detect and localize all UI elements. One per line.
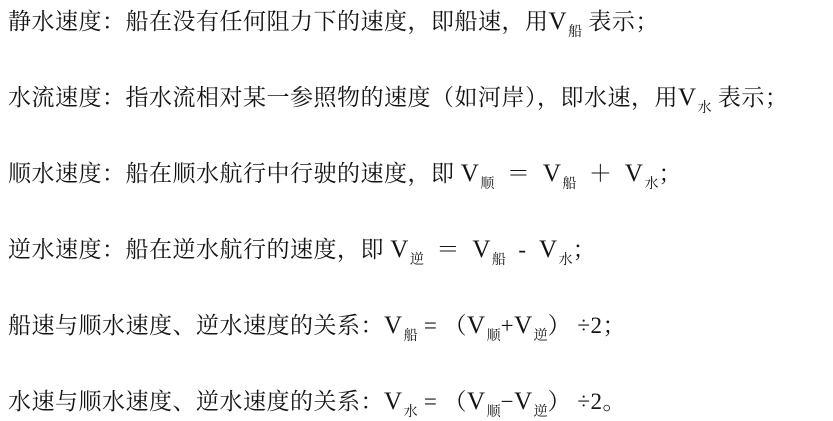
v-letter: V (384, 388, 403, 415)
v-subscript: 船 (404, 329, 418, 344)
velocity-symbol: V顺 (467, 313, 501, 343)
line-water-speed-relation: 水速与顺水速度、逆水速度的关系：V水 = （V顺−V逆） ÷2。 (8, 389, 829, 419)
v-letter: V (514, 388, 533, 415)
text-segment: 逆水速度：船在逆水航行的速度，即 (8, 237, 390, 262)
v-subscript: 水 (404, 405, 418, 420)
v-subscript: 顺 (487, 329, 501, 344)
velocity-symbol: V逆 (390, 237, 424, 267)
v-subscript: 顺 (487, 405, 501, 420)
text-segment: 顺水速度：船在顺水航行中行驶的速度，即 (8, 161, 461, 186)
text-segment: 静水速度：船在没有任何阻力下的速度，即船速，用 (8, 9, 549, 34)
velocity-symbol: V逆 (514, 313, 548, 343)
v-subscript: 船 (492, 253, 506, 268)
v-subscript: 逆 (534, 405, 548, 420)
v-subscript: 顺 (480, 177, 494, 192)
v-subscript: 逆 (410, 253, 424, 268)
v-letter: V (543, 160, 562, 187)
v-letter: V (625, 160, 644, 187)
text-segment: 水流速度：指水流相对某一参照物的速度（如河岸），即水速，用 (8, 85, 678, 110)
v-subscript: 水 (559, 253, 573, 268)
velocity-symbol: V水 (384, 389, 418, 419)
line-boat-speed-relation: 船速与顺水速度、逆水速度的关系：V船 = （V顺+V逆） ÷2； (8, 313, 829, 343)
velocity-symbol: V水 (625, 161, 659, 191)
v-letter: V (539, 236, 558, 263)
velocity-symbol: V顺 (461, 161, 495, 191)
velocity-symbol: V船 (384, 313, 418, 343)
text-segment: ） ÷2。 (548, 389, 626, 414)
text-segment: 表示； (582, 9, 659, 34)
v-letter: V (467, 388, 486, 415)
velocity-symbol: V水 (678, 85, 712, 115)
text-segment: − (501, 389, 514, 414)
line-upstream-speed: 逆水速度：船在逆水航行的速度，即 V逆 ＝ V船 - V水； (8, 237, 829, 267)
velocity-symbol: V船 (549, 9, 583, 39)
velocity-symbol: V顺 (467, 389, 501, 419)
text-segment: = （ (418, 389, 467, 414)
text-segment: 水速与顺水速度、逆水速度的关系： (8, 389, 384, 414)
text-segment: 表示； (712, 85, 789, 110)
v-subscript: 逆 (534, 329, 548, 344)
v-letter: V (549, 8, 568, 35)
text-segment: ） ÷2； (548, 313, 626, 338)
text-segment: ； (658, 161, 682, 186)
line-still-water-speed: 静水速度：船在没有任何阻力下的速度，即船速，用V船 表示； (8, 9, 829, 39)
v-letter: V (472, 236, 491, 263)
v-letter: V (467, 312, 486, 339)
v-subscript: 船 (568, 25, 582, 40)
velocity-symbol: V逆 (514, 389, 548, 419)
text-segment: ＝ (494, 161, 543, 186)
document-page: 静水速度：船在没有任何阻力下的速度，即船速，用V船 表示；水流速度：指水流相对某… (0, 0, 833, 421)
text-segment: ＝ (424, 237, 473, 262)
text-segment: ＋ (576, 161, 625, 186)
v-letter: V (514, 312, 533, 339)
text-segment: 船速与顺水速度、逆水速度的关系： (8, 313, 384, 338)
v-letter: V (390, 236, 409, 263)
line-downstream-speed: 顺水速度：船在顺水航行中行驶的速度，即 V顺 ＝ V船 ＋ V水； (8, 161, 829, 191)
v-subscript: 水 (698, 101, 712, 116)
velocity-symbol: V船 (543, 161, 577, 191)
text-segment: = （ (418, 313, 467, 338)
v-subscript: 水 (644, 177, 658, 192)
v-letter: V (678, 84, 697, 111)
text-segment: - (506, 237, 539, 262)
v-subscript: 船 (562, 177, 576, 192)
line-current-speed: 水流速度：指水流相对某一参照物的速度（如河岸），即水速，用V水 表示； (8, 85, 829, 115)
velocity-symbol: V船 (472, 237, 506, 267)
v-letter: V (384, 312, 403, 339)
v-letter: V (461, 160, 480, 187)
text-segment: ； (573, 237, 597, 262)
velocity-symbol: V水 (539, 237, 573, 267)
text-segment: + (501, 313, 514, 338)
